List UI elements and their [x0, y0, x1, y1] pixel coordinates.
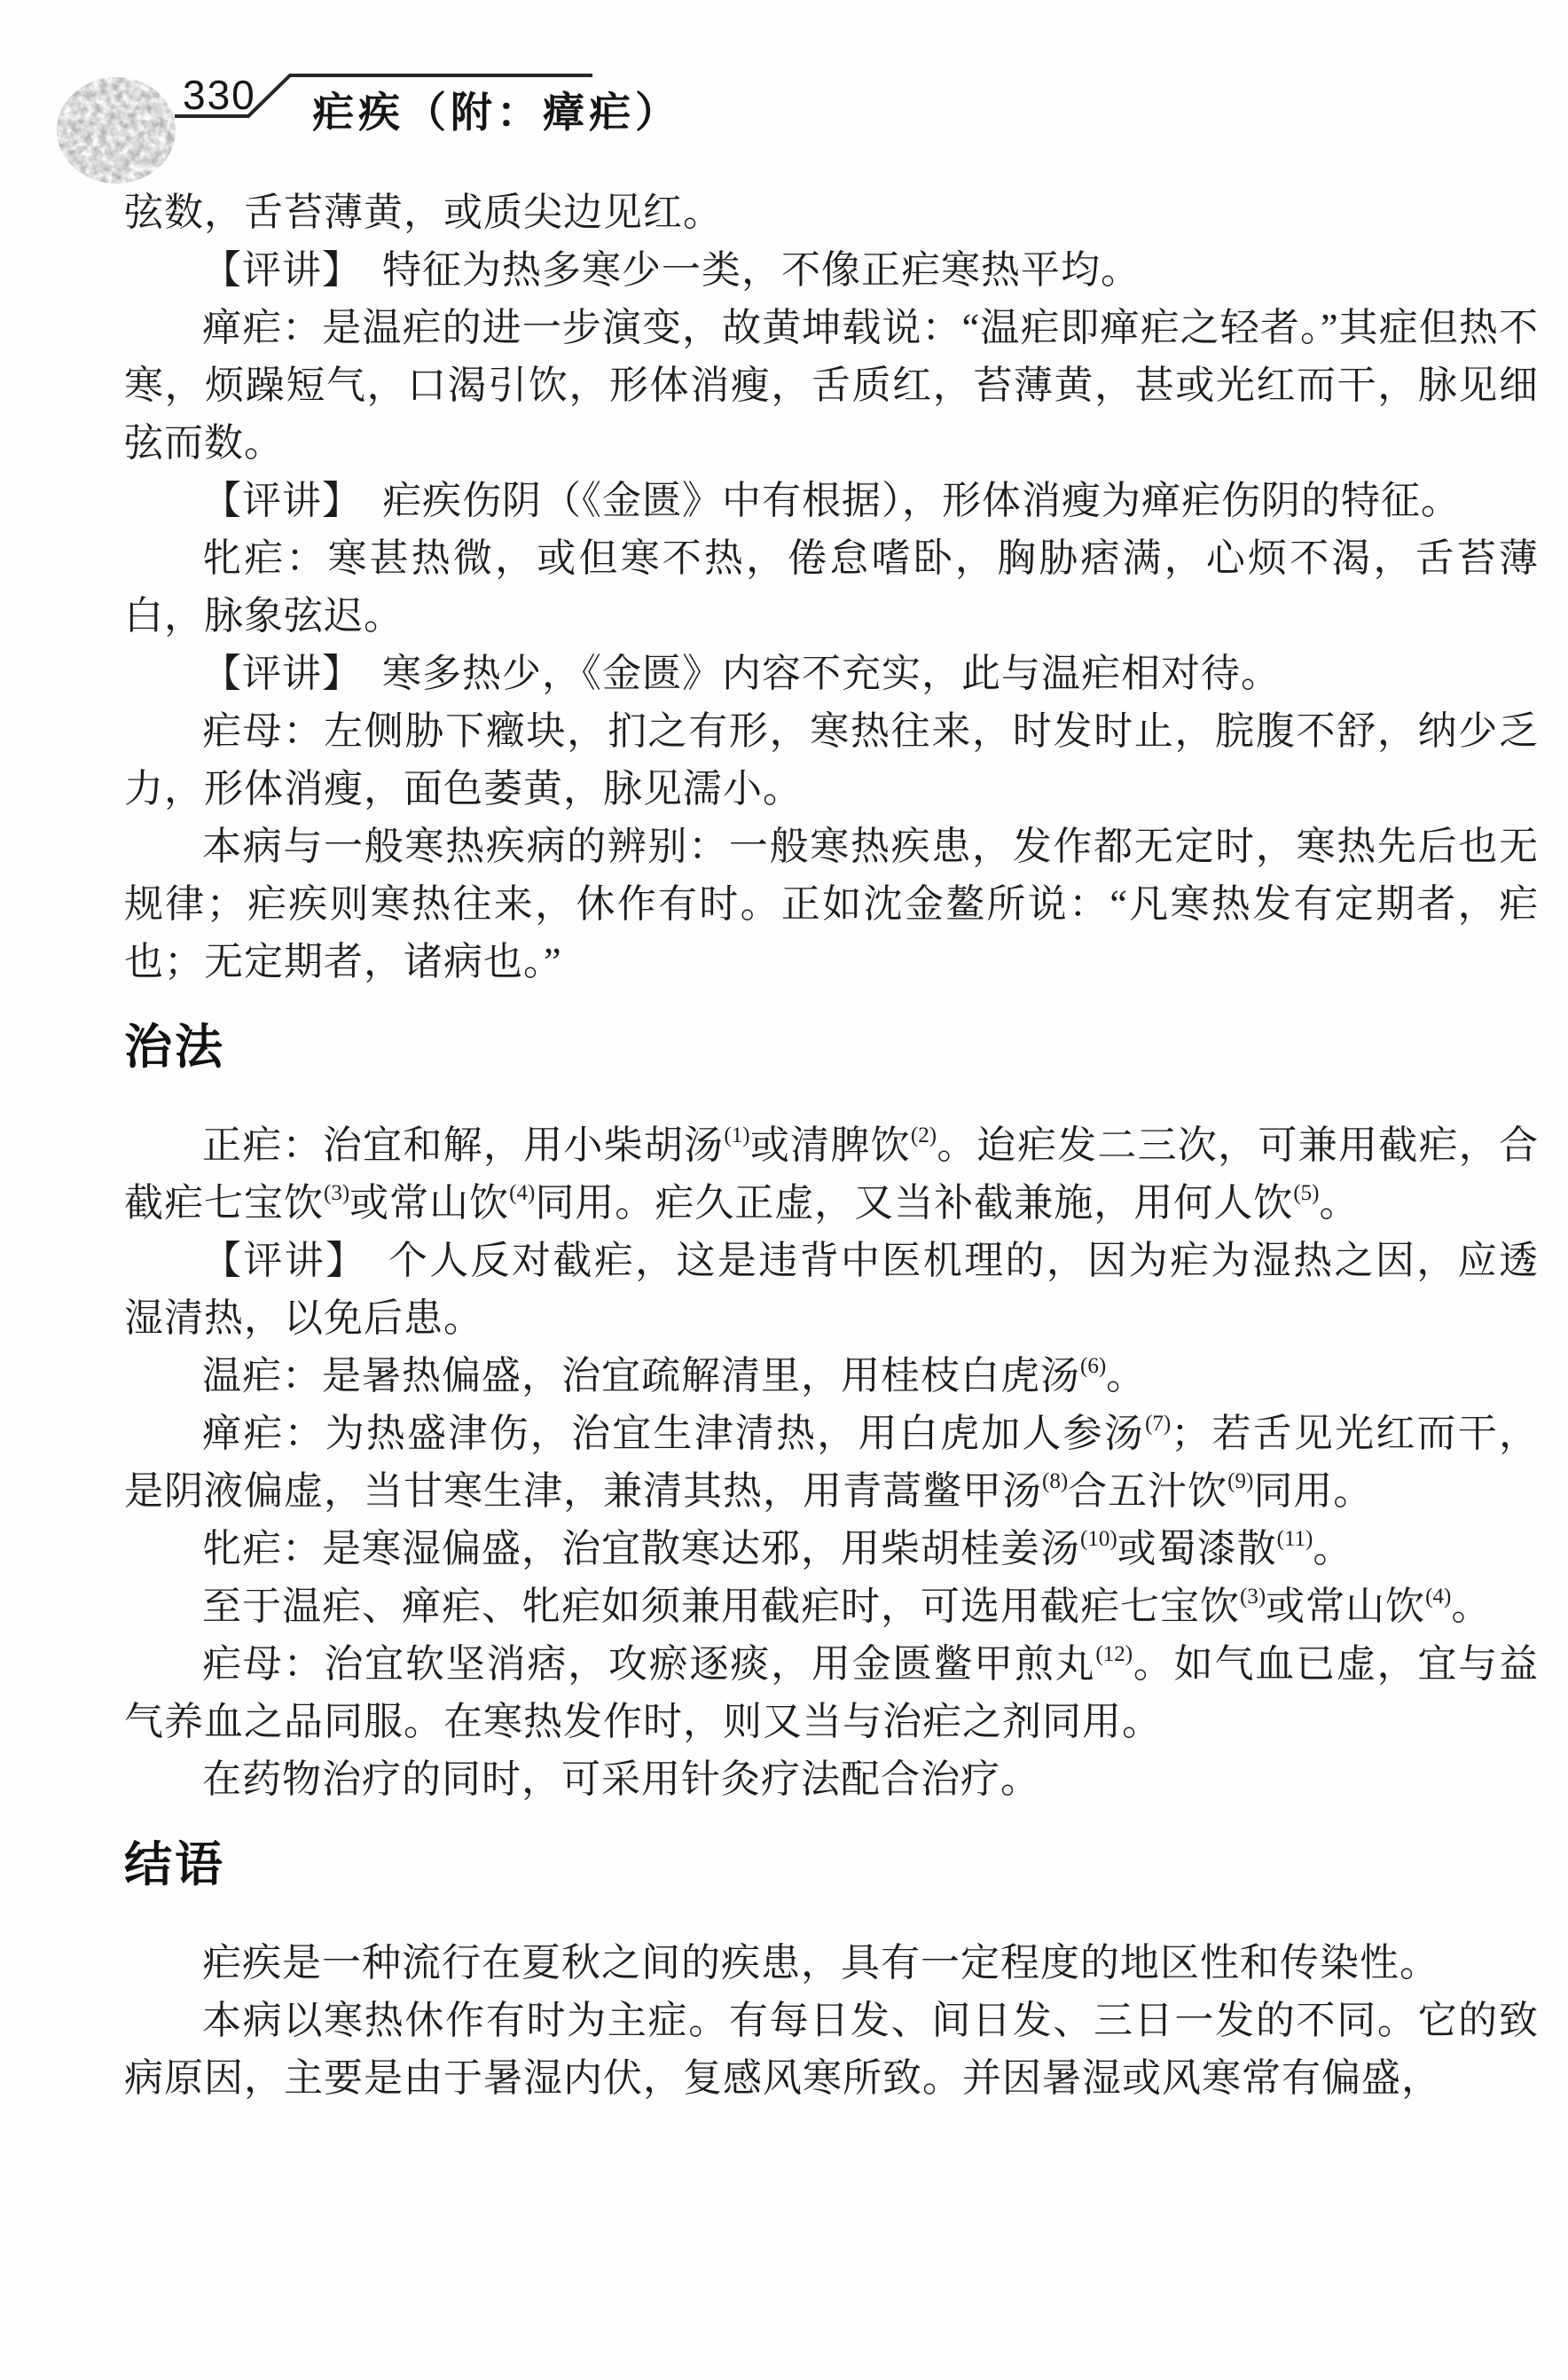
- paragraph: 【评讲】 寒多热少，《金匮》内容不充实，此与温疟相对待。: [124, 645, 1539, 702]
- paragraph: 弦数，舌苔薄黄，或质尖边见红。: [124, 184, 1539, 241]
- footnote-ref: (4): [509, 1181, 535, 1205]
- footnote-ref: (7): [1145, 1412, 1171, 1436]
- footnote-ref: (11): [1277, 1527, 1313, 1551]
- paragraph: 本病以寒热休作有时为主症。有每日发、间日发、三日一发的不同。它的致病原因，主要是…: [124, 1992, 1539, 2107]
- footnote-ref: (3): [324, 1181, 349, 1205]
- body-content: 弦数，舌苔薄黄，或质尖边见红。【评讲】 特征为热多寒少一类，不像正疟寒热平均。瘅…: [124, 184, 1539, 2107]
- paragraph: 牝疟：寒甚热微，或但寒不热，倦怠嗜卧，胸胁痞满，心烦不渴，舌苔薄白，脉象弦迟。: [124, 529, 1539, 645]
- footnote-ref: (1): [724, 1123, 749, 1147]
- paragraph: 【评讲】 疟疾伤阴（《金匮》中有根据），形体消瘦为瘅疟伤阴的特征。: [124, 472, 1539, 529]
- chapter-title: 疟疾（附：瘴疟）: [312, 90, 681, 137]
- scanned-book-page: 330 疟疾（附：瘴疟） 弦数，舌苔薄黄，或质尖边见红。【评讲】 特征为热多寒少…: [0, 0, 1568, 2380]
- paragraph: 瘅疟：是温疟的进一步演变，故黄坤载说：“温疟即瘅疟之轻者。”其症但热不寒，烦躁短…: [124, 299, 1539, 472]
- footnote-ref: (2): [911, 1123, 937, 1147]
- footnote-ref: (9): [1227, 1469, 1253, 1493]
- paragraph: 温疟：是暑热偏盛，治宜疏解清里，用桂枝白虎汤(6)。: [124, 1347, 1539, 1405]
- page-header: 330 疟疾（附：瘴疟）: [0, 0, 1568, 195]
- paragraph: 疟母：左侧胁下癥块，扪之有形，寒热往来，时发时止，脘腹不舒，纳少乏力，形体消瘦，…: [124, 702, 1539, 818]
- paragraph: 疟母：治宜软坚消痞，攻瘀逐痰，用金匮鳖甲煎丸(12)。如气血已虚，宜与益气养血之…: [124, 1635, 1539, 1750]
- footnote-ref: (5): [1293, 1181, 1319, 1205]
- paragraph: 牝疟：是寒湿偏盛，治宜散寒达邪，用柴胡桂姜汤(10)或蜀漆散(11)。: [124, 1520, 1539, 1578]
- paragraph: 疟疾是一种流行在夏秋之间的疾患，具有一定程度的地区性和传染性。: [124, 1934, 1539, 1992]
- footnote-ref: (8): [1042, 1469, 1068, 1493]
- paragraph: 【评讲】 个人反对截疟，这是违背中医机理的，因为疟为湿热之因，应透湿清热，以免后…: [124, 1232, 1539, 1347]
- header-rule-line: [0, 0, 1568, 195]
- footnote-ref: (6): [1080, 1354, 1106, 1378]
- footnote-ref: (12): [1095, 1642, 1133, 1666]
- paragraph: 至于温疟、瘅疟、牝疟如须兼用截疟时，可选用截疟七宝饮(3)或常山饮(4)。: [124, 1578, 1539, 1635]
- paragraph: 瘅疟：为热盛津伤，治宜生津清热，用白虎加人参汤(7)；若舌见光红而干，是阴液偏虚…: [124, 1405, 1539, 1520]
- footnote-ref: (4): [1425, 1585, 1451, 1609]
- footnote-ref: (3): [1240, 1585, 1266, 1609]
- paragraph: 在药物治疗的同时，可采用针灸疗法配合治疗。: [124, 1750, 1539, 1808]
- section-heading: 结语: [124, 1840, 1539, 1890]
- paragraph: 【评讲】 特征为热多寒少一类，不像正疟寒热平均。: [124, 241, 1539, 299]
- paragraph: 正疟：治宜和解，用小柴胡汤(1)或清脾饮(2)。迨疟发二三次，可兼用截疟，合截疟…: [124, 1116, 1539, 1232]
- section-heading: 治法: [124, 1022, 1539, 1072]
- footnote-ref: (10): [1080, 1527, 1117, 1551]
- paragraph: 本病与一般寒热疾病的辨别：一般寒热疾患，发作都无定时，寒热先后也无规律；疟疾则寒…: [124, 818, 1539, 990]
